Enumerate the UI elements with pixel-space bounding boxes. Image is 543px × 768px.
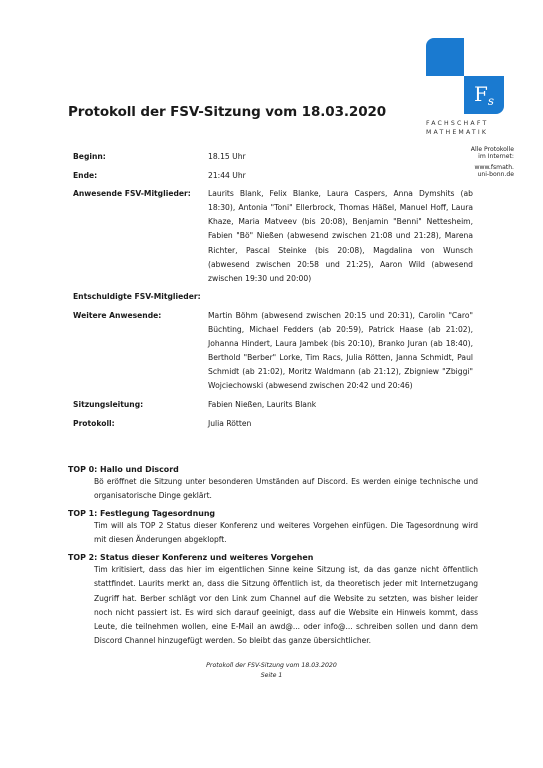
agenda-heading: TOP 0: Hallo und Discord — [68, 464, 478, 475]
agenda-heading: TOP 2: Status dieser Konferenz und weite… — [68, 552, 478, 563]
web-note-line-1: Alle Protokolle — [471, 146, 514, 153]
page-footer: Protokoll der FSV-Sitzung vom 18.03.2020… — [0, 661, 543, 681]
info-row-beginn: Beginn: 18.15 Uhr — [73, 150, 473, 164]
info-value — [293, 290, 473, 304]
agenda-heading: TOP 1: Festlegung Tagesordnung — [68, 508, 478, 519]
document-page: Fs FACHSCHAFT MATHEMATIK Alle Protokolle… — [0, 0, 543, 768]
page-number: Seite 1 — [0, 671, 543, 681]
org-line-1: FACHSCHAFT — [426, 119, 488, 128]
info-label: Ende: — [73, 169, 208, 183]
info-value: Laurits Blank, Felix Blanke, Laura Caspe… — [208, 187, 473, 286]
info-row-ende: Ende: 21:44 Uhr — [73, 169, 473, 183]
info-row-weitere: Weitere Anwesende: Martin Böhm (abwesend… — [73, 309, 473, 394]
page-title: Protokoll der FSV-Sitzung vom 18.03.2020 — [68, 104, 386, 120]
fachschaft-logo: Fs — [426, 38, 511, 116]
info-row-anwesende: Anwesende FSV-Mitglieder: Laurits Blank,… — [73, 187, 473, 286]
info-value: Fabien Nießen, Laurits Blank — [208, 398, 473, 412]
logo-glyph-main: F — [474, 82, 488, 106]
org-line-2: MATHEMATIK — [426, 128, 488, 137]
logo-square-top — [426, 38, 464, 76]
web-note-url-1: www.fsmath. — [471, 164, 514, 171]
web-note: Alle Protokolle im Internet: www.fsmath.… — [471, 146, 514, 178]
web-note-url-2: uni-bonn.de — [471, 171, 514, 178]
agenda-items: TOP 0: Hallo und Discord Bö eröffnet die… — [68, 464, 478, 653]
info-label: Sitzungsleitung: — [73, 398, 208, 412]
logo-glyph-sub: s — [488, 94, 494, 108]
info-label: Anwesende FSV-Mitglieder: — [73, 187, 208, 286]
info-value: Julia Rötten — [208, 417, 473, 431]
info-label: Beginn: — [73, 150, 208, 164]
agenda-body: Tim kritisiert, dass das hier im eigentl… — [68, 563, 478, 648]
meeting-info-table: Beginn: 18.15 Uhr Ende: 21:44 Uhr Anwese… — [73, 150, 473, 435]
info-label: Entschuldigte FSV-Mitglieder: — [73, 290, 293, 304]
web-note-line-2: im Internet: — [471, 153, 514, 160]
footer-title: Protokoll der FSV-Sitzung vom 18.03.2020 — [0, 661, 543, 671]
org-name: FACHSCHAFT MATHEMATIK — [426, 119, 488, 137]
agenda-item-top-1: TOP 1: Festlegung Tagesordnung Tim will … — [68, 508, 478, 547]
info-row-sitzungsleitung: Sitzungsleitung: Fabien Nießen, Laurits … — [73, 398, 473, 412]
info-row-protokoll: Protokoll: Julia Rötten — [73, 417, 473, 431]
info-label: Weitere Anwesende: — [73, 309, 208, 394]
agenda-body: Bö eröffnet die Sitzung unter besonderen… — [68, 475, 478, 503]
agenda-body: Tim will als TOP 2 Status dieser Konfere… — [68, 519, 478, 547]
agenda-item-top-0: TOP 0: Hallo und Discord Bö eröffnet die… — [68, 464, 478, 503]
info-value: 18.15 Uhr — [208, 150, 473, 164]
agenda-item-top-2: TOP 2: Status dieser Konferenz und weite… — [68, 552, 478, 648]
info-label: Protokoll: — [73, 417, 208, 431]
info-row-entschuldigte: Entschuldigte FSV-Mitglieder: — [73, 290, 473, 304]
info-value: 21:44 Uhr — [208, 169, 473, 183]
logo-fs-glyph: Fs — [474, 84, 494, 111]
info-value: Martin Böhm (abwesend zwischen 20:15 und… — [208, 309, 473, 394]
